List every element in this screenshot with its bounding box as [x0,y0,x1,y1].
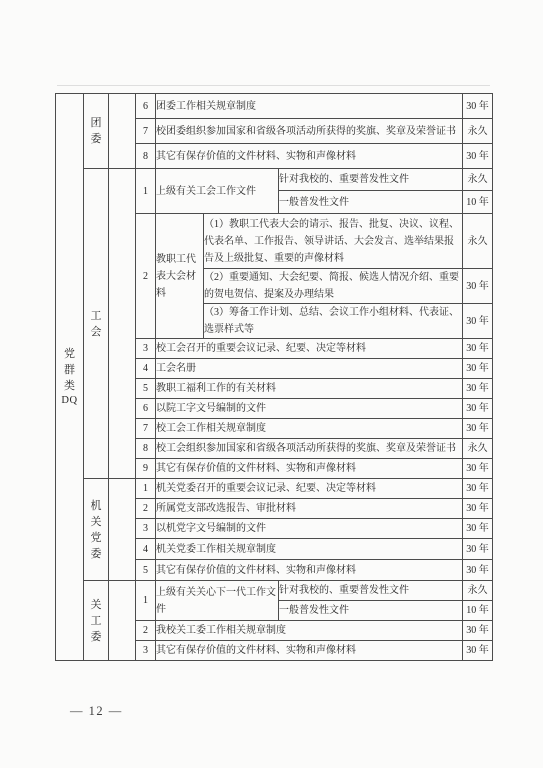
retention-period-cell: 30 年 [463,560,493,581]
document-page: 党群类 DQ 团委 6 团委工作相关规章制度 30 年 7 校团委组织参加国家和… [0,0,543,768]
content-cell: 校工会工作相关规章制度 [156,419,463,439]
content-cell: 校工会组织参加国家和省级各项活动所获得的奖旗、奖章及荣誉证书 [156,439,463,459]
retention-period-cell: 永久 [463,169,493,191]
retention-period-cell: 30 年 [463,519,493,539]
retention-period-cell: 10 年 [463,191,493,214]
retention-period-cell: 10 年 [463,601,493,621]
row-number-cell: 7 [136,419,156,439]
retention-period-cell: 30 年 [463,539,493,560]
row-number-cell: 5 [136,379,156,399]
row-number-cell: 7 [136,119,156,144]
row-number-cell: 2 [136,499,156,519]
subcategory-cell [109,169,136,479]
content-cell: 机关党委召开的重要会议记录、纪要、决定等材料 [156,479,463,499]
row-number-cell: 2 [136,621,156,641]
row-number-cell: 8 [136,439,156,459]
subcontent-cell: 一般普发性文件 [279,191,463,214]
retention-period-cell: 永久 [463,214,493,269]
row-number-cell: 6 [136,94,156,119]
content-cell: 其它有保存价值的文件材料、实物和声像材料 [156,560,463,581]
content-cell: 工会名册 [156,359,463,379]
retention-period-cell: 永久 [463,119,493,144]
row-number-cell: 9 [136,459,156,479]
retention-period-cell: 30 年 [463,641,493,661]
content-cell: 上级有关工会工作文件 [156,169,279,214]
content-cell: 以机党字文号编制的文件 [156,519,463,539]
retention-period-cell: 30 年 [463,359,493,379]
retention-period-cell: 30 年 [463,144,493,169]
content-cell: 教职工代表大会材料 [156,214,204,339]
subcontent-cell: 一般普发性文件 [279,601,463,621]
row-number-cell: 1 [136,479,156,499]
main-category-cell: 党群类 DQ [56,94,84,661]
content-cell: 所属党支部改选报告、审批材料 [156,499,463,519]
retention-schedule-table: 党群类 DQ 团委 6 团委工作相关规章制度 30 年 7 校团委组织参加国家和… [55,93,493,661]
retention-period-cell: 30 年 [463,479,493,499]
retention-period-cell: 30 年 [463,269,493,304]
retention-period-cell: 30 年 [463,339,493,359]
row-number-cell: 4 [136,359,156,379]
subcategory-cell [109,94,136,169]
retention-period-cell: 30 年 [463,419,493,439]
subcontent-cell: （3）筹备工作计划、总结、会议工作小组材料、代表证、选票样式等 [204,304,463,339]
content-cell: 教职工福利工作的有关材料 [156,379,463,399]
content-cell: 以院工字文号编制的文件 [156,399,463,419]
content-cell: 校工会召开的重要会议记录、纪要、决定等材料 [156,339,463,359]
content-cell: 校团委组织参加国家和省级各项活动所获得的奖旗、奖章及荣誉证书 [156,119,463,144]
subcontent-cell: （2）重要通知、大会纪要、简报、候选人情况介绍、重要的贺电贺信、提案及办理结果 [204,269,463,304]
row-number-cell: 6 [136,399,156,419]
content-cell: 其它有保存价值的文件材料、实物和声像材料 [156,641,463,661]
table-row: 工会 1 上级有关工会工作文件 针对我校的、重要普发性文件 永久 [56,169,493,191]
content-cell: 上级有关关心下一代工作文件 [156,581,279,621]
retention-period-cell: 30 年 [463,499,493,519]
table-row: 党群类 DQ 团委 6 团委工作相关规章制度 30 年 [56,94,493,119]
subcategory-cell [109,581,136,661]
category-label-tuanwei: 团委 [84,94,109,169]
content-cell: 其它有保存价值的文件材料、实物和声像材料 [156,144,463,169]
retention-period-cell: 永久 [463,439,493,459]
row-number-cell: 3 [136,339,156,359]
retention-period-cell: 30 年 [463,621,493,641]
content-cell: 其它有保存价值的文件材料、实物和声像材料 [156,459,463,479]
subcontent-cell: 针对我校的、重要普发性文件 [279,169,463,191]
row-number-cell: 1 [136,169,156,214]
content-cell: 我校关工委工作相关规章制度 [156,621,463,641]
row-number-cell: 8 [136,144,156,169]
category-label-gonghui: 工会 [84,169,109,479]
retention-period-cell: 30 年 [463,379,493,399]
subcontent-cell: 针对我校的、重要普发性文件 [279,581,463,601]
row-number-cell: 3 [136,519,156,539]
main-category-code: DQ [56,394,83,408]
table-row: 机关党委 1 机关党委召开的重要会议记录、纪要、决定等材料 30 年 [56,479,493,499]
row-number-cell: 3 [136,641,156,661]
row-number-cell: 2 [136,214,156,339]
row-number-cell: 1 [136,581,156,621]
row-number-cell: 4 [136,539,156,560]
retention-period-cell: 永久 [463,581,493,601]
scan-artifact-line [57,85,490,86]
retention-period-cell: 30 年 [463,399,493,419]
content-cell: 机关党委工作相关规章制度 [156,539,463,560]
category-label-jiguandangwei: 机关党委 [84,479,109,581]
content-cell: 团委工作相关规章制度 [156,94,463,119]
main-category-name: 党群类 [64,346,75,394]
subcontent-cell: （1）教职工代表大会的请示、报告、批复、决议、议程、代表名单、工作报告、领导讲话… [204,214,463,269]
retention-period-cell: 30 年 [463,94,493,119]
table-row: 关工委 1 上级有关关心下一代工作文件 针对我校的、重要普发性文件 永久 [56,581,493,601]
subcategory-cell [109,479,136,581]
row-number-cell: 5 [136,560,156,581]
page-number: — 12 — [70,704,123,719]
category-label-guangongwei: 关工委 [84,581,109,661]
retention-period-cell: 30 年 [463,304,493,339]
retention-period-cell: 30 年 [463,459,493,479]
